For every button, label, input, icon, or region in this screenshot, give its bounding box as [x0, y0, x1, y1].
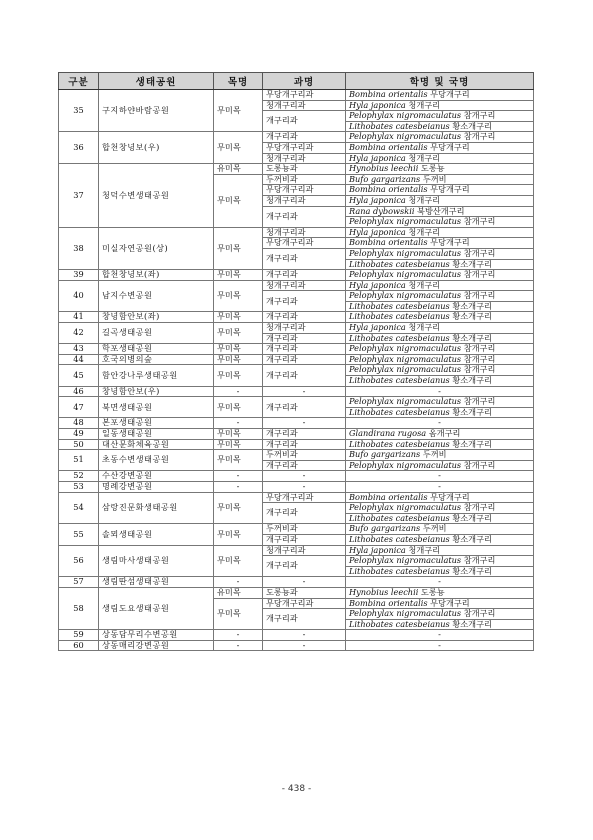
family-name: 무당개구리과 [263, 598, 346, 609]
species-name: Lithobates catesbeianus 황소개구리 [346, 301, 534, 312]
order-name: 무미목 [214, 365, 263, 386]
record-number: 55 [59, 524, 99, 545]
family-name: 두꺼비과 [263, 174, 346, 185]
order-name: 무미목 [214, 132, 263, 164]
table-row: 37청덕수변생태공원유미목도롱뇽과Hynobius leechii 도롱뇽 [59, 164, 534, 175]
family-name: 개구리과 [263, 248, 346, 269]
korean-name: 무당개구리 [428, 492, 470, 502]
header-species: 학명 및 국명 [346, 73, 534, 90]
korean-name: 황소개구리 [450, 566, 492, 576]
korean-name: 참개구리 [461, 270, 495, 280]
species-name: Pelophylax nigromaculatus 참개구리 [346, 111, 534, 122]
park-name: 초동수변생태공원 [99, 450, 214, 471]
park-name: 창녕함안보(좌) [99, 312, 214, 323]
park-name: 본포생태공원 [99, 418, 214, 429]
park-name: 합천창녕보(좌) [99, 270, 214, 281]
korean-name: 청개구리 [406, 100, 440, 110]
record-number: 38 [59, 227, 99, 269]
table-row: 54삼랑진문화생태공원무미목무당개구리과Bombina orientalis 무… [59, 492, 534, 503]
family-name: - [263, 640, 346, 651]
scientific-name: Hyla japonica [349, 280, 406, 290]
family-name: 청개구리과 [263, 280, 346, 291]
scientific-name: Bombina orientalis [349, 238, 428, 248]
korean-name: 황소개구리 [450, 259, 492, 269]
species-name: Bufo gargarizans 두꺼비 [346, 524, 534, 535]
scientific-name: Hynobius leechii [349, 587, 418, 597]
species-name: Bombina orientalis 무당개구리 [346, 90, 534, 101]
family-name: 개구리과 [263, 365, 346, 386]
park-name: 길곡생태공원 [99, 323, 214, 344]
species-name: Lithobates catesbeianus 황소개구리 [346, 333, 534, 344]
korean-name: 참개구리 [461, 344, 495, 354]
order-name: 무미목 [214, 492, 263, 524]
scientific-name: Lithobates catesbeianus [349, 619, 450, 629]
table-row: 39합천창녕보(좌)무미목개구리과Pelophylax nigromaculat… [59, 270, 534, 281]
scientific-name: Pelophylax nigromaculatus [349, 354, 461, 364]
order-name: - [214, 418, 263, 429]
species-name: Pelophylax nigromaculatus 참개구리 [346, 556, 534, 567]
table-row: 41창녕함안보(좌)무미목개구리과Lithobates catesbeianus… [59, 312, 534, 323]
park-name: 함안강나루생태공원 [99, 365, 214, 386]
record-number: 40 [59, 280, 99, 312]
family-name: 청개구리과 [263, 323, 346, 334]
table-row: 45함안강나루생태공원무미목개구리과Pelophylax nigromacula… [59, 365, 534, 376]
korean-name: 청개구리 [406, 545, 440, 555]
species-name: Lithobates catesbeianus 황소개구리 [346, 121, 534, 132]
scientific-name: Pelophylax nigromaculatus [349, 556, 461, 566]
table-row: 51초동수변생태공원무미목두꺼비과Bufo gargarizans 두꺼비 [59, 450, 534, 461]
record-number: 48 [59, 418, 99, 429]
korean-name: 참개구리 [461, 397, 495, 407]
family-name: 개구리과 [263, 397, 346, 418]
species-name: - [346, 640, 534, 651]
table-row: 35구지하얀바람공원무미목무당개구리과Bombina orientalis 무당… [59, 90, 534, 101]
scientific-name: Bombina orientalis [349, 185, 428, 195]
park-name: 미실자연공원(상) [99, 227, 214, 269]
scientific-name: Pelophylax nigromaculatus [349, 291, 461, 301]
species-name: Lithobates catesbeianus 황소개구리 [346, 513, 534, 524]
family-name: 개구리과 [263, 609, 346, 630]
family-name: 개구리과 [263, 270, 346, 281]
scientific-name: Pelophylax nigromaculatus [349, 344, 461, 354]
record-number: 42 [59, 323, 99, 344]
family-name: - [263, 386, 346, 397]
family-name: 도롱뇽과 [263, 164, 346, 175]
korean-name: 참개구리 [461, 365, 495, 375]
order-name: 무미목 [214, 323, 263, 344]
park-name: 솔뫼생태공원 [99, 524, 214, 545]
record-number: 45 [59, 365, 99, 386]
scientific-name: Pelophylax nigromaculatus [349, 270, 461, 280]
korean-name: 무당개구리 [428, 598, 470, 608]
header-family: 과명 [263, 73, 346, 90]
korean-name: 황소개구리 [450, 376, 492, 386]
order-name: 무미목 [214, 174, 263, 227]
order-name: 무미목 [214, 270, 263, 281]
header-no: 구분 [59, 73, 99, 90]
family-name: 개구리과 [263, 460, 346, 471]
korean-name: 황소개구리 [450, 619, 492, 629]
korean-name: 황소개구리 [450, 121, 492, 131]
record-number: 37 [59, 164, 99, 228]
scientific-name: Hyla japonica [349, 195, 406, 205]
family-name: 청개구리과 [263, 100, 346, 111]
korean-name: 황소개구리 [450, 407, 492, 417]
family-name: 개구리과 [263, 111, 346, 132]
scientific-name: Pelophylax nigromaculatus [349, 111, 461, 121]
family-name: 청개구리과 [263, 195, 346, 206]
species-name: Pelophylax nigromaculatus 참개구리 [346, 270, 534, 281]
korean-name: 황소개구리 [450, 513, 492, 523]
order-name: 무미목 [214, 598, 263, 630]
korean-name: 무당개구리 [428, 185, 470, 195]
species-name: Bombina orientalis 무당개구리 [346, 142, 534, 153]
scientific-name: Hyla japonica [349, 153, 406, 163]
family-name: 개구리과 [263, 344, 346, 355]
species-name: Pelophylax nigromaculatus 참개구리 [346, 365, 534, 376]
table-row: 50대산문화체육공원무미목개구리과Lithobates catesbeianus… [59, 439, 534, 450]
korean-name: 참개구리 [461, 132, 495, 142]
family-name: 무당개구리과 [263, 238, 346, 249]
table-row: 53명례강변공원--- [59, 481, 534, 492]
table-row: 55솔뫼생태공원무미목두꺼비과Bufo gargarizans 두꺼비 [59, 524, 534, 535]
scientific-name: Pelophylax nigromaculatus [349, 609, 461, 619]
park-name: 구지하얀바람공원 [99, 90, 214, 132]
scientific-name: Lithobates catesbeianus [349, 376, 450, 386]
table-row: 47북면생태공원무미목개구리과Pelophylax nigromaculatus… [59, 397, 534, 408]
species-name: Bombina orientalis 무당개구리 [346, 598, 534, 609]
scientific-name: Pelophylax nigromaculatus [349, 217, 461, 227]
park-name: 북면생태공원 [99, 397, 214, 418]
korean-name: 청개구리 [406, 153, 440, 163]
species-name: Lithobates catesbeianus 황소개구리 [346, 619, 534, 630]
scientific-name: Lithobates catesbeianus [349, 301, 450, 311]
scientific-name: Lithobates catesbeianus [349, 566, 450, 576]
table-row: 56생림마사생태공원무미목청개구리과Hyla japonica 청개구리 [59, 545, 534, 556]
order-name: 유미목 [214, 587, 263, 598]
table-row: 44호국의병의숲무미목개구리과Pelophylax nigromaculatus… [59, 354, 534, 365]
order-name: 무미목 [214, 545, 263, 577]
scientific-name: Bufo gargarizans [349, 524, 420, 534]
species-name: Bombina orientalis 무당개구리 [346, 492, 534, 503]
korean-name: 참개구리 [461, 111, 495, 121]
species-name: Pelophylax nigromaculatus 참개구리 [346, 354, 534, 365]
korean-name: 두꺼비 [420, 174, 446, 184]
korean-name: 무당개구리 [428, 142, 470, 152]
family-name: 개구리과 [263, 556, 346, 577]
scientific-name: Lithobates catesbeianus [349, 513, 450, 523]
park-name: 학포생태공원 [99, 344, 214, 355]
scientific-name: Hyla japonica [349, 100, 406, 110]
header-park: 생태공원 [99, 73, 214, 90]
species-name: Hyla japonica 청개구리 [346, 100, 534, 111]
species-name: Hyla japonica 청개구리 [346, 545, 534, 556]
record-number: 60 [59, 640, 99, 651]
record-number: 59 [59, 630, 99, 641]
park-name: 창녕함안보(우) [99, 386, 214, 397]
table-row: 42길곡생태공원무미목청개구리과Hyla japonica 청개구리 [59, 323, 534, 334]
record-number: 41 [59, 312, 99, 323]
korean-name: 황소개구리 [450, 534, 492, 544]
park-name: 명례강변공원 [99, 481, 214, 492]
species-name: Hyla japonica 청개구리 [346, 153, 534, 164]
scientific-name: Lithobates catesbeianus [349, 312, 450, 322]
korean-name: 참개구리 [461, 248, 495, 258]
record-number: 51 [59, 450, 99, 471]
species-name: - [346, 481, 534, 492]
table-body: 35구지하얀바람공원무미목무당개구리과Bombina orientalis 무당… [59, 90, 534, 651]
park-name: 수산강변공원 [99, 471, 214, 482]
scientific-name: Pelophylax nigromaculatus [349, 365, 461, 375]
table-row: 57생림딴섬생태공원--- [59, 577, 534, 588]
species-name: Pelophylax nigromaculatus 참개구리 [346, 397, 534, 408]
family-name: 청개구리과 [263, 227, 346, 238]
record-number: 43 [59, 344, 99, 355]
record-number: 50 [59, 439, 99, 450]
park-name: 호국의병의숲 [99, 354, 214, 365]
order-name: - [214, 386, 263, 397]
korean-name: 황소개구리 [450, 312, 492, 322]
family-name: 무당개구리과 [263, 492, 346, 503]
species-name: - [346, 471, 534, 482]
park-name: 생림마사생태공원 [99, 545, 214, 577]
park-name: 남지수변공원 [99, 280, 214, 312]
record-number: 49 [59, 429, 99, 440]
species-name: Bombina orientalis 무당개구리 [346, 238, 534, 249]
species-name: Hynobius leechii 도롱뇽 [346, 587, 534, 598]
scientific-name: Pelophylax nigromaculatus [349, 460, 461, 470]
family-name: 개구리과 [263, 132, 346, 143]
scientific-name: Hynobius leechii [349, 164, 418, 174]
park-name: 상동매리강변공원 [99, 640, 214, 651]
table-row: 48본포생태공원--- [59, 418, 534, 429]
korean-name: 무당개구리 [428, 238, 470, 248]
species-name: Bufo gargarizans 두꺼비 [346, 450, 534, 461]
korean-name: 참개구리 [461, 354, 495, 364]
species-name: Pelophylax nigromaculatus 참개구리 [346, 344, 534, 355]
species-name: Pelophylax nigromaculatus 참개구리 [346, 503, 534, 514]
korean-name: 황소개구리 [450, 439, 492, 449]
species-name: Pelophylax nigromaculatus 참개구리 [346, 132, 534, 143]
order-name: 무미목 [214, 312, 263, 323]
family-name: 개구리과 [263, 312, 346, 323]
korean-name: 무당개구리 [428, 90, 470, 100]
order-name: 무미목 [214, 354, 263, 365]
table-row: 52수산강변공원--- [59, 471, 534, 482]
scientific-name: Pelophylax nigromaculatus [349, 248, 461, 258]
record-number: 53 [59, 481, 99, 492]
record-number: 36 [59, 132, 99, 164]
order-name: 무미목 [214, 280, 263, 312]
species-name: Lithobates catesbeianus 황소개구리 [346, 407, 534, 418]
species-name: Lithobates catesbeianus 황소개구리 [346, 376, 534, 387]
species-name: - [346, 577, 534, 588]
scientific-name: Lithobates catesbeianus [349, 407, 450, 417]
scientific-name: Lithobates catesbeianus [349, 534, 450, 544]
park-name: 청덕수변생태공원 [99, 164, 214, 228]
korean-name: 황소개구리 [450, 301, 492, 311]
order-name: 무미목 [214, 344, 263, 355]
species-name: Pelophylax nigromaculatus 참개구리 [346, 460, 534, 471]
scientific-name: Pelophylax nigromaculatus [349, 397, 461, 407]
family-name: 무당개구리과 [263, 142, 346, 153]
record-number: 39 [59, 270, 99, 281]
species-name: - [346, 418, 534, 429]
korean-name: 청개구리 [406, 227, 440, 237]
record-number: 58 [59, 587, 99, 629]
record-number: 54 [59, 492, 99, 524]
scientific-name: Lithobates catesbeianus [349, 333, 450, 343]
korean-name: 참개구리 [461, 291, 495, 301]
park-name: 상동담무리수변공원 [99, 630, 214, 641]
species-name: Lithobates catesbeianus 황소개구리 [346, 259, 534, 270]
scientific-name: Bombina orientalis [349, 492, 428, 502]
species-name: Lithobates catesbeianus 황소개구리 [346, 439, 534, 450]
species-name: - [346, 630, 534, 641]
family-name: - [263, 481, 346, 492]
species-name: Bufo gargarizans 두꺼비 [346, 174, 534, 185]
table-row: 38미실자연공원(상)무미목청개구리과Hyla japonica 청개구리 [59, 227, 534, 238]
korean-name: 참개구리 [461, 609, 495, 619]
order-name: 무미목 [214, 450, 263, 471]
order-name: 무미목 [214, 429, 263, 440]
park-name: 일동생태공원 [99, 429, 214, 440]
order-name: 무미목 [214, 524, 263, 545]
family-name: 개구리과 [263, 291, 346, 312]
korean-name: 옴개구리 [426, 429, 460, 439]
scientific-name: Bufo gargarizans [349, 450, 420, 460]
family-name: - [263, 577, 346, 588]
record-number: 46 [59, 386, 99, 397]
order-name: 무미목 [214, 439, 263, 450]
species-name: Hyla japonica 청개구리 [346, 280, 534, 291]
species-name: Hynobius leechii 도롱뇽 [346, 164, 534, 175]
family-name: - [263, 418, 346, 429]
korean-name: 청개구리 [406, 280, 440, 290]
species-name: Hyla japonica 청개구리 [346, 227, 534, 238]
korean-name: 청개구리 [406, 195, 440, 205]
order-name: - [214, 481, 263, 492]
header-order: 목명 [214, 73, 263, 90]
scientific-name: Bufo gargarizans [349, 174, 420, 184]
park-name: 대산문화체육공원 [99, 439, 214, 450]
species-name: Pelophylax nigromaculatus 참개구리 [346, 291, 534, 302]
family-name: - [263, 471, 346, 482]
scientific-name: Hyla japonica [349, 545, 406, 555]
page-number: - 438 - [0, 784, 593, 794]
table-row: 36합천창녕보(우)무미목개구리과Pelophylax nigromaculat… [59, 132, 534, 143]
table-row: 46창녕함안보(우)--- [59, 386, 534, 397]
species-name: - [346, 386, 534, 397]
family-name: 개구리과 [263, 503, 346, 524]
family-name: 두꺼비과 [263, 524, 346, 535]
korean-name: 두꺼비 [420, 524, 446, 534]
family-name: 청개구리과 [263, 545, 346, 556]
family-name: 개구리과 [263, 354, 346, 365]
species-name: Lithobates catesbeianus 황소개구리 [346, 534, 534, 545]
species-name: Hyla japonica 청개구리 [346, 323, 534, 334]
table-row: 58생림도요생태공원유미목도롱뇽과Hynobius leechii 도롱뇽 [59, 587, 534, 598]
record-number: 44 [59, 354, 99, 365]
scientific-name: Glandirana rugosa [349, 429, 426, 439]
korean-name: 도롱뇽 [418, 587, 444, 597]
order-name: - [214, 640, 263, 651]
species-name: Rana dybowskii 북방산개구리 [346, 206, 534, 217]
family-name: 도롱뇽과 [263, 587, 346, 598]
order-name: - [214, 577, 263, 588]
family-name: 두꺼비과 [263, 450, 346, 461]
park-name: 생림도요생태공원 [99, 587, 214, 629]
species-name: Pelophylax nigromaculatus 참개구리 [346, 217, 534, 228]
korean-name: 참개구리 [461, 503, 495, 513]
document-page: 구분 생태공원 목명 과명 학명 및 국명 35구지하얀바람공원무미목무당개구리… [0, 0, 593, 840]
species-name: Lithobates catesbeianus 황소개구리 [346, 312, 534, 323]
scientific-name: Lithobates catesbeianus [349, 259, 450, 269]
order-name: 무미목 [214, 227, 263, 269]
record-number: 56 [59, 545, 99, 577]
species-name: Glandirana rugosa 옴개구리 [346, 429, 534, 440]
park-name: 합천창녕보(우) [99, 132, 214, 164]
scientific-name: Lithobates catesbeianus [349, 439, 450, 449]
scientific-name: Pelophylax nigromaculatus [349, 503, 461, 513]
family-name: 개구리과 [263, 206, 346, 227]
table-row: 49일동생태공원무미목개구리과Glandirana rugosa 옴개구리 [59, 429, 534, 440]
scientific-name: Bombina orientalis [349, 90, 428, 100]
korean-name: 참개구리 [461, 217, 495, 227]
species-name: Bombina orientalis 무당개구리 [346, 185, 534, 196]
family-name: 개구리과 [263, 429, 346, 440]
order-name: 무미목 [214, 397, 263, 418]
record-number: 57 [59, 577, 99, 588]
park-name: 삼랑진문화생태공원 [99, 492, 214, 524]
scientific-name: Bombina orientalis [349, 142, 428, 152]
record-number: 35 [59, 90, 99, 132]
korean-name: 도롱뇽 [418, 164, 444, 174]
species-name: Pelophylax nigromaculatus 참개구리 [346, 248, 534, 259]
record-number: 52 [59, 471, 99, 482]
scientific-name: Hyla japonica [349, 227, 406, 237]
species-name: Lithobates catesbeianus 황소개구리 [346, 566, 534, 577]
scientific-name: Rana dybowskii [349, 206, 414, 216]
table-header-row: 구분 생태공원 목명 과명 학명 및 국명 [59, 73, 534, 90]
order-name: - [214, 630, 263, 641]
scientific-name: Lithobates catesbeianus [349, 121, 450, 131]
table-row: 40남지수변공원무미목청개구리과Hyla japonica 청개구리 [59, 280, 534, 291]
species-name: Hyla japonica 청개구리 [346, 195, 534, 206]
korean-name: 참개구리 [461, 460, 495, 470]
family-name: 개구리과 [263, 534, 346, 545]
table-row: 59상동담무리수변공원--- [59, 630, 534, 641]
order-name: 무미목 [214, 90, 263, 132]
order-name: 유미목 [214, 164, 263, 175]
park-name: 생림딴섬생태공원 [99, 577, 214, 588]
family-name: 무당개구리과 [263, 90, 346, 101]
scientific-name: Hyla japonica [349, 323, 406, 333]
family-name: 무당개구리과 [263, 185, 346, 196]
family-name: 청개구리과 [263, 153, 346, 164]
scientific-name: Bombina orientalis [349, 598, 428, 608]
amphibian-survey-table: 구분 생태공원 목명 과명 학명 및 국명 35구지하얀바람공원무미목무당개구리… [58, 72, 534, 651]
family-name: 개구리과 [263, 333, 346, 344]
korean-name: 참개구리 [461, 556, 495, 566]
korean-name: 두꺼비 [420, 450, 446, 460]
korean-name: 황소개구리 [450, 333, 492, 343]
species-name: Pelophylax nigromaculatus 참개구리 [346, 609, 534, 620]
order-name: - [214, 471, 263, 482]
family-name: - [263, 630, 346, 641]
family-name: 개구리과 [263, 439, 346, 450]
korean-name: 북방산개구리 [414, 206, 464, 216]
